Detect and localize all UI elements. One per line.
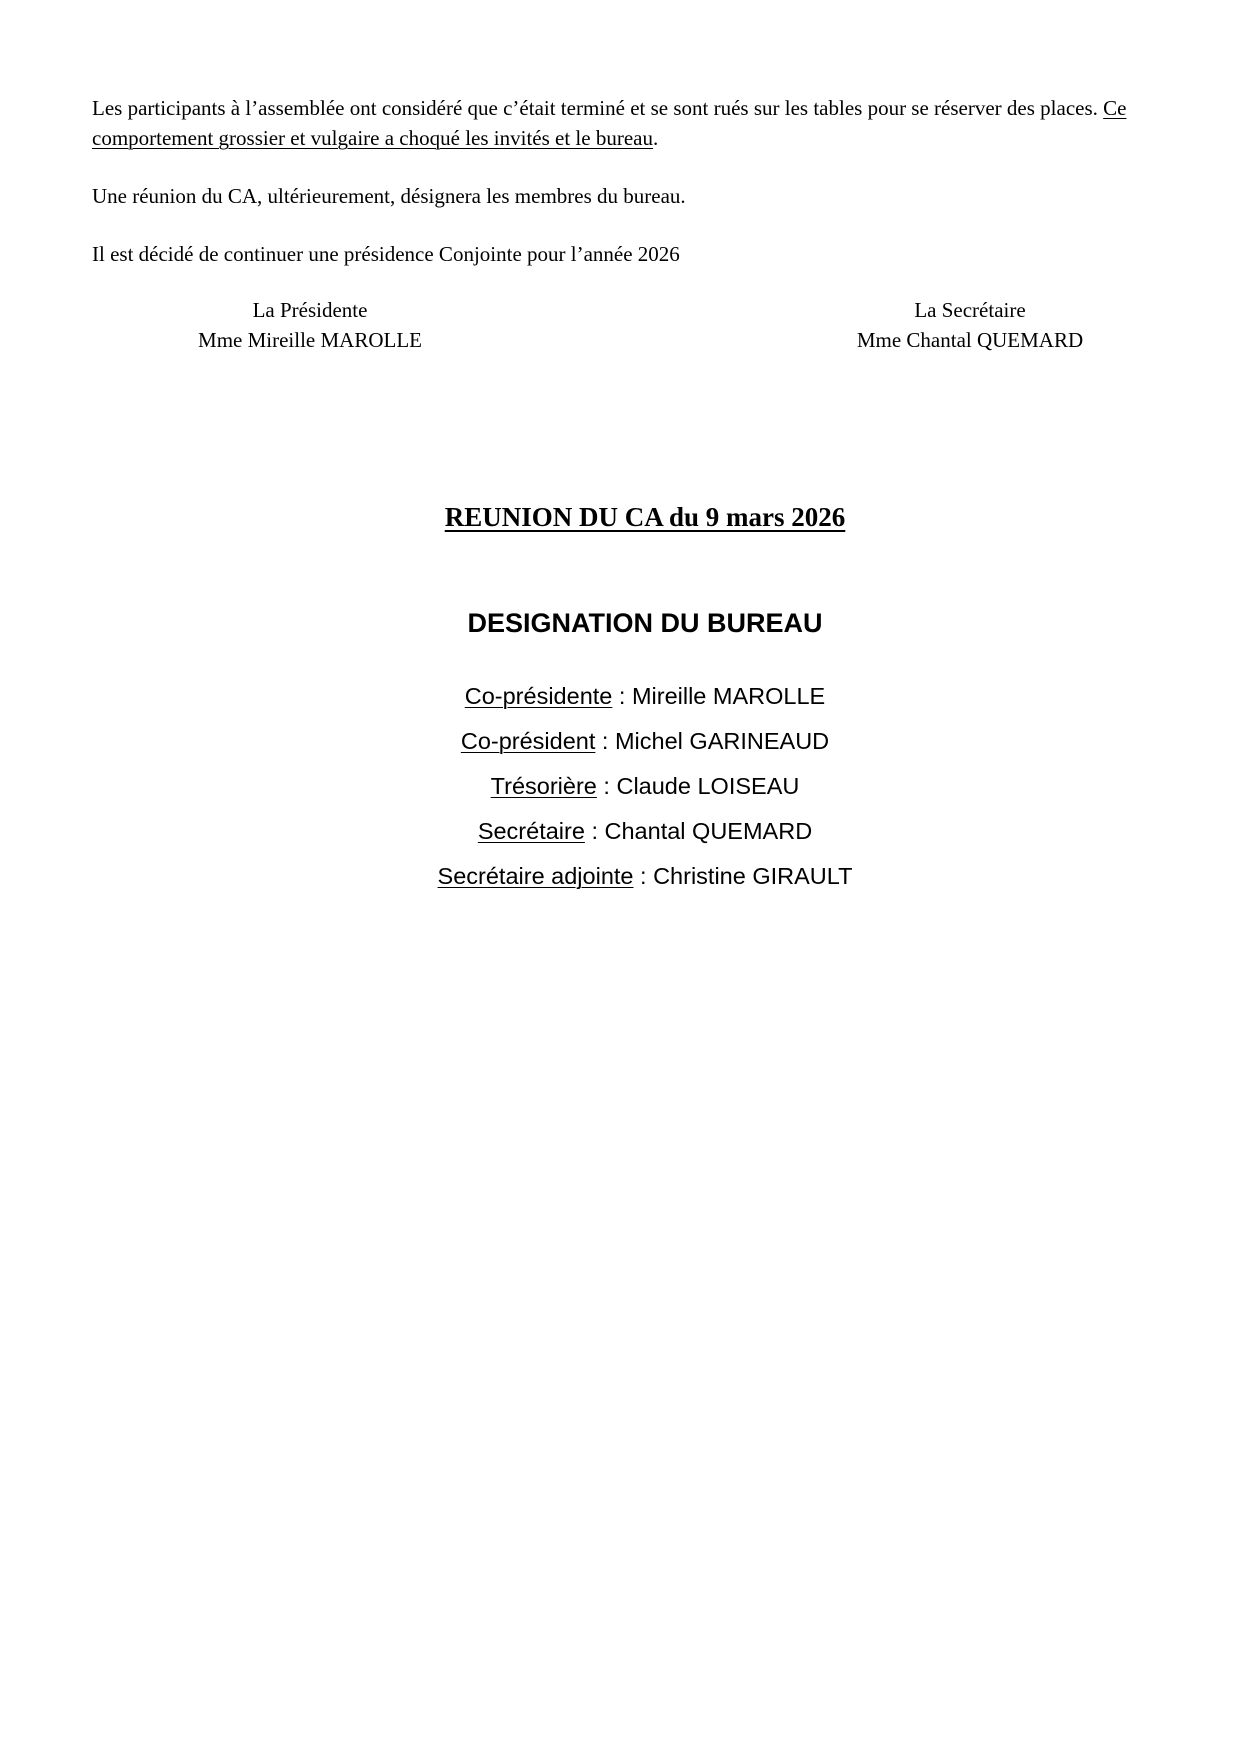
role-separator: :: [595, 728, 615, 754]
role-separator: :: [597, 773, 617, 799]
role-entry: Co-président : Michel GARINEAUD: [0, 719, 1241, 764]
role-separator: :: [633, 863, 653, 889]
role-entry: Co-présidente : Mireille MAROLLE: [0, 674, 1241, 719]
designation-heading: DESIGNATION DU BUREAU: [0, 608, 1241, 639]
role-title: Co-présidente: [465, 683, 613, 709]
role-name: Mireille MAROLLE: [632, 683, 825, 709]
meeting-title-text: REUNION DU CA du 9 mars 2026: [445, 502, 846, 532]
bureau-roles-list: Co-présidente : Mireille MAROLLE Co-prés…: [0, 674, 1241, 899]
signature-president: La Présidente Mme Mireille MAROLLE: [110, 295, 510, 355]
signature-secretary: La Secrétaire Mme Chantal QUEMARD: [770, 295, 1170, 355]
role-name: Christine GIRAULT: [653, 863, 852, 889]
role-separator: :: [585, 818, 605, 844]
role-title: Co-président: [461, 728, 596, 754]
role-name: Claude LOISEAU: [616, 773, 799, 799]
role-title: Secrétaire adjointe: [438, 863, 634, 889]
signature-role: La Secrétaire: [770, 295, 1170, 325]
role-name: Chantal QUEMARD: [605, 818, 813, 844]
role-entry: Trésorière : Claude LOISEAU: [0, 764, 1241, 809]
paragraph-assembly-behavior: Les participants à l’assemblée ont consi…: [92, 93, 1142, 153]
meeting-title: REUNION DU CA du 9 mars 2026: [0, 502, 1241, 533]
signature-name: Mme Mireille MAROLLE: [110, 325, 510, 355]
paragraph-text: Les participants à l’assemblée ont consi…: [92, 96, 1103, 120]
paragraph-ca-meeting: Une réunion du CA, ultérieurement, désig…: [92, 181, 1142, 211]
role-name: Michel GARINEAUD: [615, 728, 829, 754]
signature-role: La Présidente: [110, 295, 510, 325]
role-title: Secrétaire: [478, 818, 585, 844]
role-separator: :: [612, 683, 632, 709]
signature-name: Mme Chantal QUEMARD: [770, 325, 1170, 355]
paragraph-end: .: [653, 126, 658, 150]
role-entry: Secrétaire : Chantal QUEMARD: [0, 809, 1241, 854]
role-title: Trésorière: [491, 773, 597, 799]
paragraph-presidency: Il est décidé de continuer une présidenc…: [92, 239, 1142, 269]
role-entry: Secrétaire adjointe : Christine GIRAULT: [0, 854, 1241, 899]
